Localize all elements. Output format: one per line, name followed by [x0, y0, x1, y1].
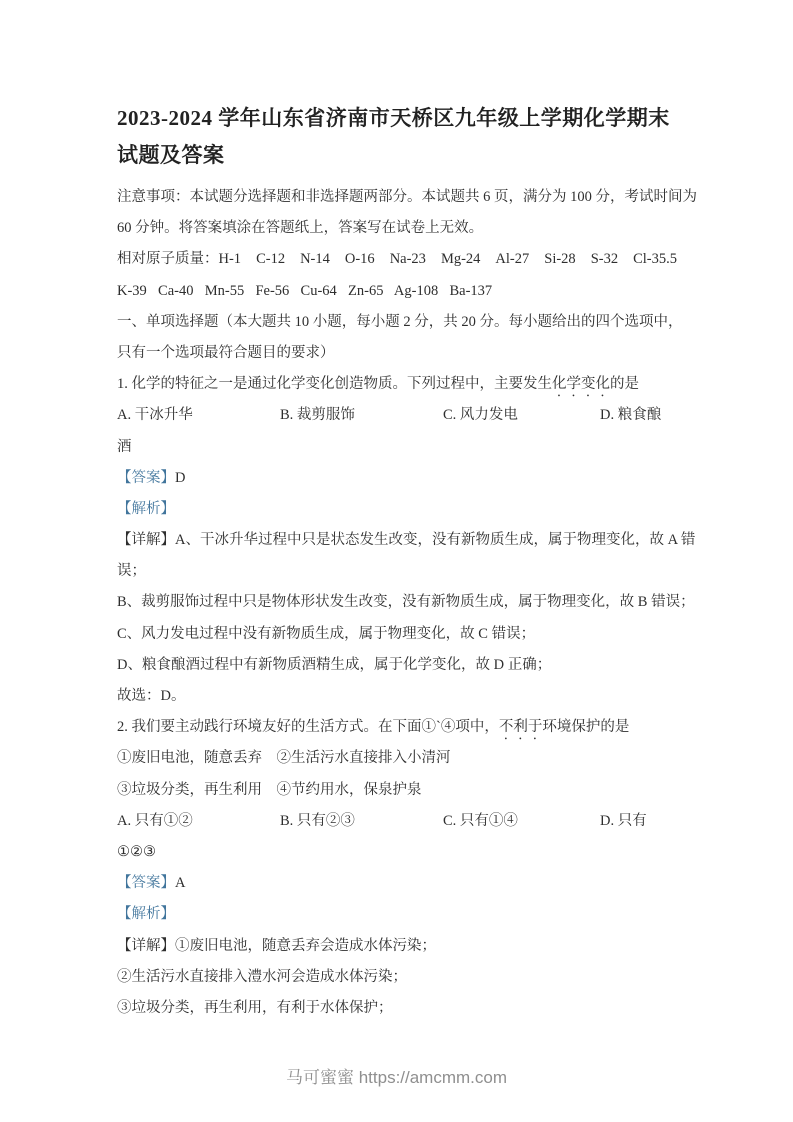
atomic-mass-item: Na-23	[390, 244, 426, 275]
question1-option-d: D. 粮食酿	[600, 400, 661, 431]
question2-option-b: B. 只有②③	[280, 806, 443, 837]
atomic-mass-item: 相对原子质量：H-1	[117, 244, 241, 275]
question2-stem-post: 环境保护的是	[542, 719, 629, 735]
question1-option-b: B. 裁剪服饰	[280, 400, 443, 431]
question1-detail-line3: B、裁剪服饰过程中只是物体形状发生改变，没有新物质生成，属于物理变化，故 B 错…	[117, 587, 677, 618]
analysis-label: 【解析】	[117, 501, 175, 517]
question1-detail-line4: C、风力发电过程中没有新物质生成，属于物理变化，故 C 错误；	[117, 619, 677, 650]
analysis-label: 【解析】	[117, 906, 175, 922]
question1-stem: 1. 化学的特征之一是通过化学变化创造物质。下列过程中，主要发生化学变化的是	[117, 369, 677, 400]
question2-options-row: A. 只有①②B. 只有②③C. 只有①④D. 只有	[117, 806, 677, 837]
question1-answer-line: 【答案】D	[117, 463, 677, 494]
document-content: 2023-2024 学年山东省济南市天桥区九年级上学期化学期末 试题及答案 注意…	[117, 100, 677, 1024]
section1-header-line1: 一、单项选择题（本大题共 10 小题，每小题 2 分，共 20 分。每小题给出的…	[117, 307, 677, 338]
question2-stem: 2. 我们要主动践行环境友好的生活方式。在下面①`④项中，不利于环境保护的是	[117, 712, 677, 743]
question1-stem-emphasis: 化学变化	[552, 376, 610, 392]
section1-header-line2: 只有一个选项最符合题目的要求）	[117, 338, 677, 369]
question2-option-c: C. 只有①④	[443, 806, 600, 837]
question2-items-line2: ③垃圾分类，再生利用 ④节约用水，保泉护泉	[117, 775, 677, 806]
question2-analysis-line: 【解析】	[117, 899, 677, 930]
atomic-mass-item: Mg-24	[441, 244, 480, 275]
atomic-mass-item: C-12	[256, 244, 285, 275]
document-title-line2: 试题及答案	[117, 137, 677, 174]
question2-answer-line: 【答案】A	[117, 868, 677, 899]
atomic-mass-item: Al-27	[495, 244, 529, 275]
question2-option-d: D. 只有	[600, 806, 647, 837]
question2-detail-line2: ②生活污水直接排入澧水河会造成水体污染；	[117, 962, 677, 993]
notice-line1: 注意事项：本试题分选择题和非选择题两部分。本试题共 6 页，满分为 100 分，…	[117, 182, 677, 213]
notice-line2: 60 分钟。将答案填涂在答题纸上，答案写在试卷上无效。	[117, 213, 677, 244]
document-title: 2023-2024 学年山东省济南市天桥区九年级上学期化学期末 试题及答案	[117, 100, 677, 174]
question2-stem-pre: 2. 我们要主动践行环境友好的生活方式。在下面①`④项中，	[117, 719, 499, 735]
question2-detail-line1: 【详解】①废旧电池，随意丢弃会造成水体污染；	[117, 931, 677, 962]
question2-items-line1: ①废旧电池，随意丢弃 ②生活污水直接排入小清河	[117, 743, 677, 774]
question1-answer-value: D	[175, 470, 185, 486]
question1-detail-line1: 【详解】A、干冰升华过程中只是状态发生改变，没有新物质生成，属于物理变化，故 A…	[117, 525, 677, 556]
site-watermark: 马可蜜蜜 https://amcmm.com	[0, 1066, 793, 1090]
question2-detail-line3: ③垃圾分类，再生利用，有利于水体保护；	[117, 993, 677, 1024]
question1-analysis-line: 【解析】	[117, 494, 677, 525]
question1-detail-line5: D、粮食酿酒过程中有新物质酒精生成，属于化学变化，故 D 正确；	[117, 650, 677, 681]
atomic-mass-item: Si-28	[544, 244, 575, 275]
question2-answer-value: A	[175, 875, 185, 891]
answer-label: 【答案】	[117, 875, 175, 891]
atomic-mass-item: N-14	[300, 244, 330, 275]
question1-stem-pre: 1. 化学的特征之一是通过化学变化创造物质。下列过程中，主要发生	[117, 376, 552, 392]
document-title-line1: 2023-2024 学年山东省济南市天桥区九年级上学期化学期末	[117, 100, 677, 137]
answer-label: 【答案】	[117, 470, 175, 486]
question1-options-row: A. 干冰升华B. 裁剪服饰C. 风力发电D. 粮食酿	[117, 400, 677, 431]
question1-option-a: A. 干冰升华	[117, 400, 280, 431]
question2-option-a: A. 只有①②	[117, 806, 280, 837]
atomic-mass-row2: K-39 Ca-40 Mn-55 Fe-56 Cu-64 Zn-65 Ag-10…	[117, 276, 677, 307]
question1-detail-conclusion: 故选：D。	[117, 681, 677, 712]
atomic-mass-item: Cl-35.5	[633, 244, 677, 275]
question1-stem-post: 的是	[610, 376, 639, 392]
question2-option-d-wrap: ①②③	[117, 837, 677, 868]
question2-stem-emphasis: 不利于	[499, 719, 543, 735]
question1-option-d-wrap: 酒	[117, 432, 677, 463]
exam-document-page: 2023-2024 学年山东省济南市天桥区九年级上学期化学期末 试题及答案 注意…	[0, 0, 793, 1122]
question1-option-c: C. 风力发电	[443, 400, 600, 431]
atomic-mass-item: O-16	[345, 244, 375, 275]
atomic-mass-row1: 相对原子质量：H-1 C-12 N-14 O-16 Na-23 Mg-24 Al…	[117, 244, 677, 275]
document-body: 注意事项：本试题分选择题和非选择题两部分。本试题共 6 页，满分为 100 分，…	[117, 182, 677, 1024]
question1-detail-line2: 误；	[117, 556, 677, 587]
atomic-mass-item: S-32	[591, 244, 618, 275]
